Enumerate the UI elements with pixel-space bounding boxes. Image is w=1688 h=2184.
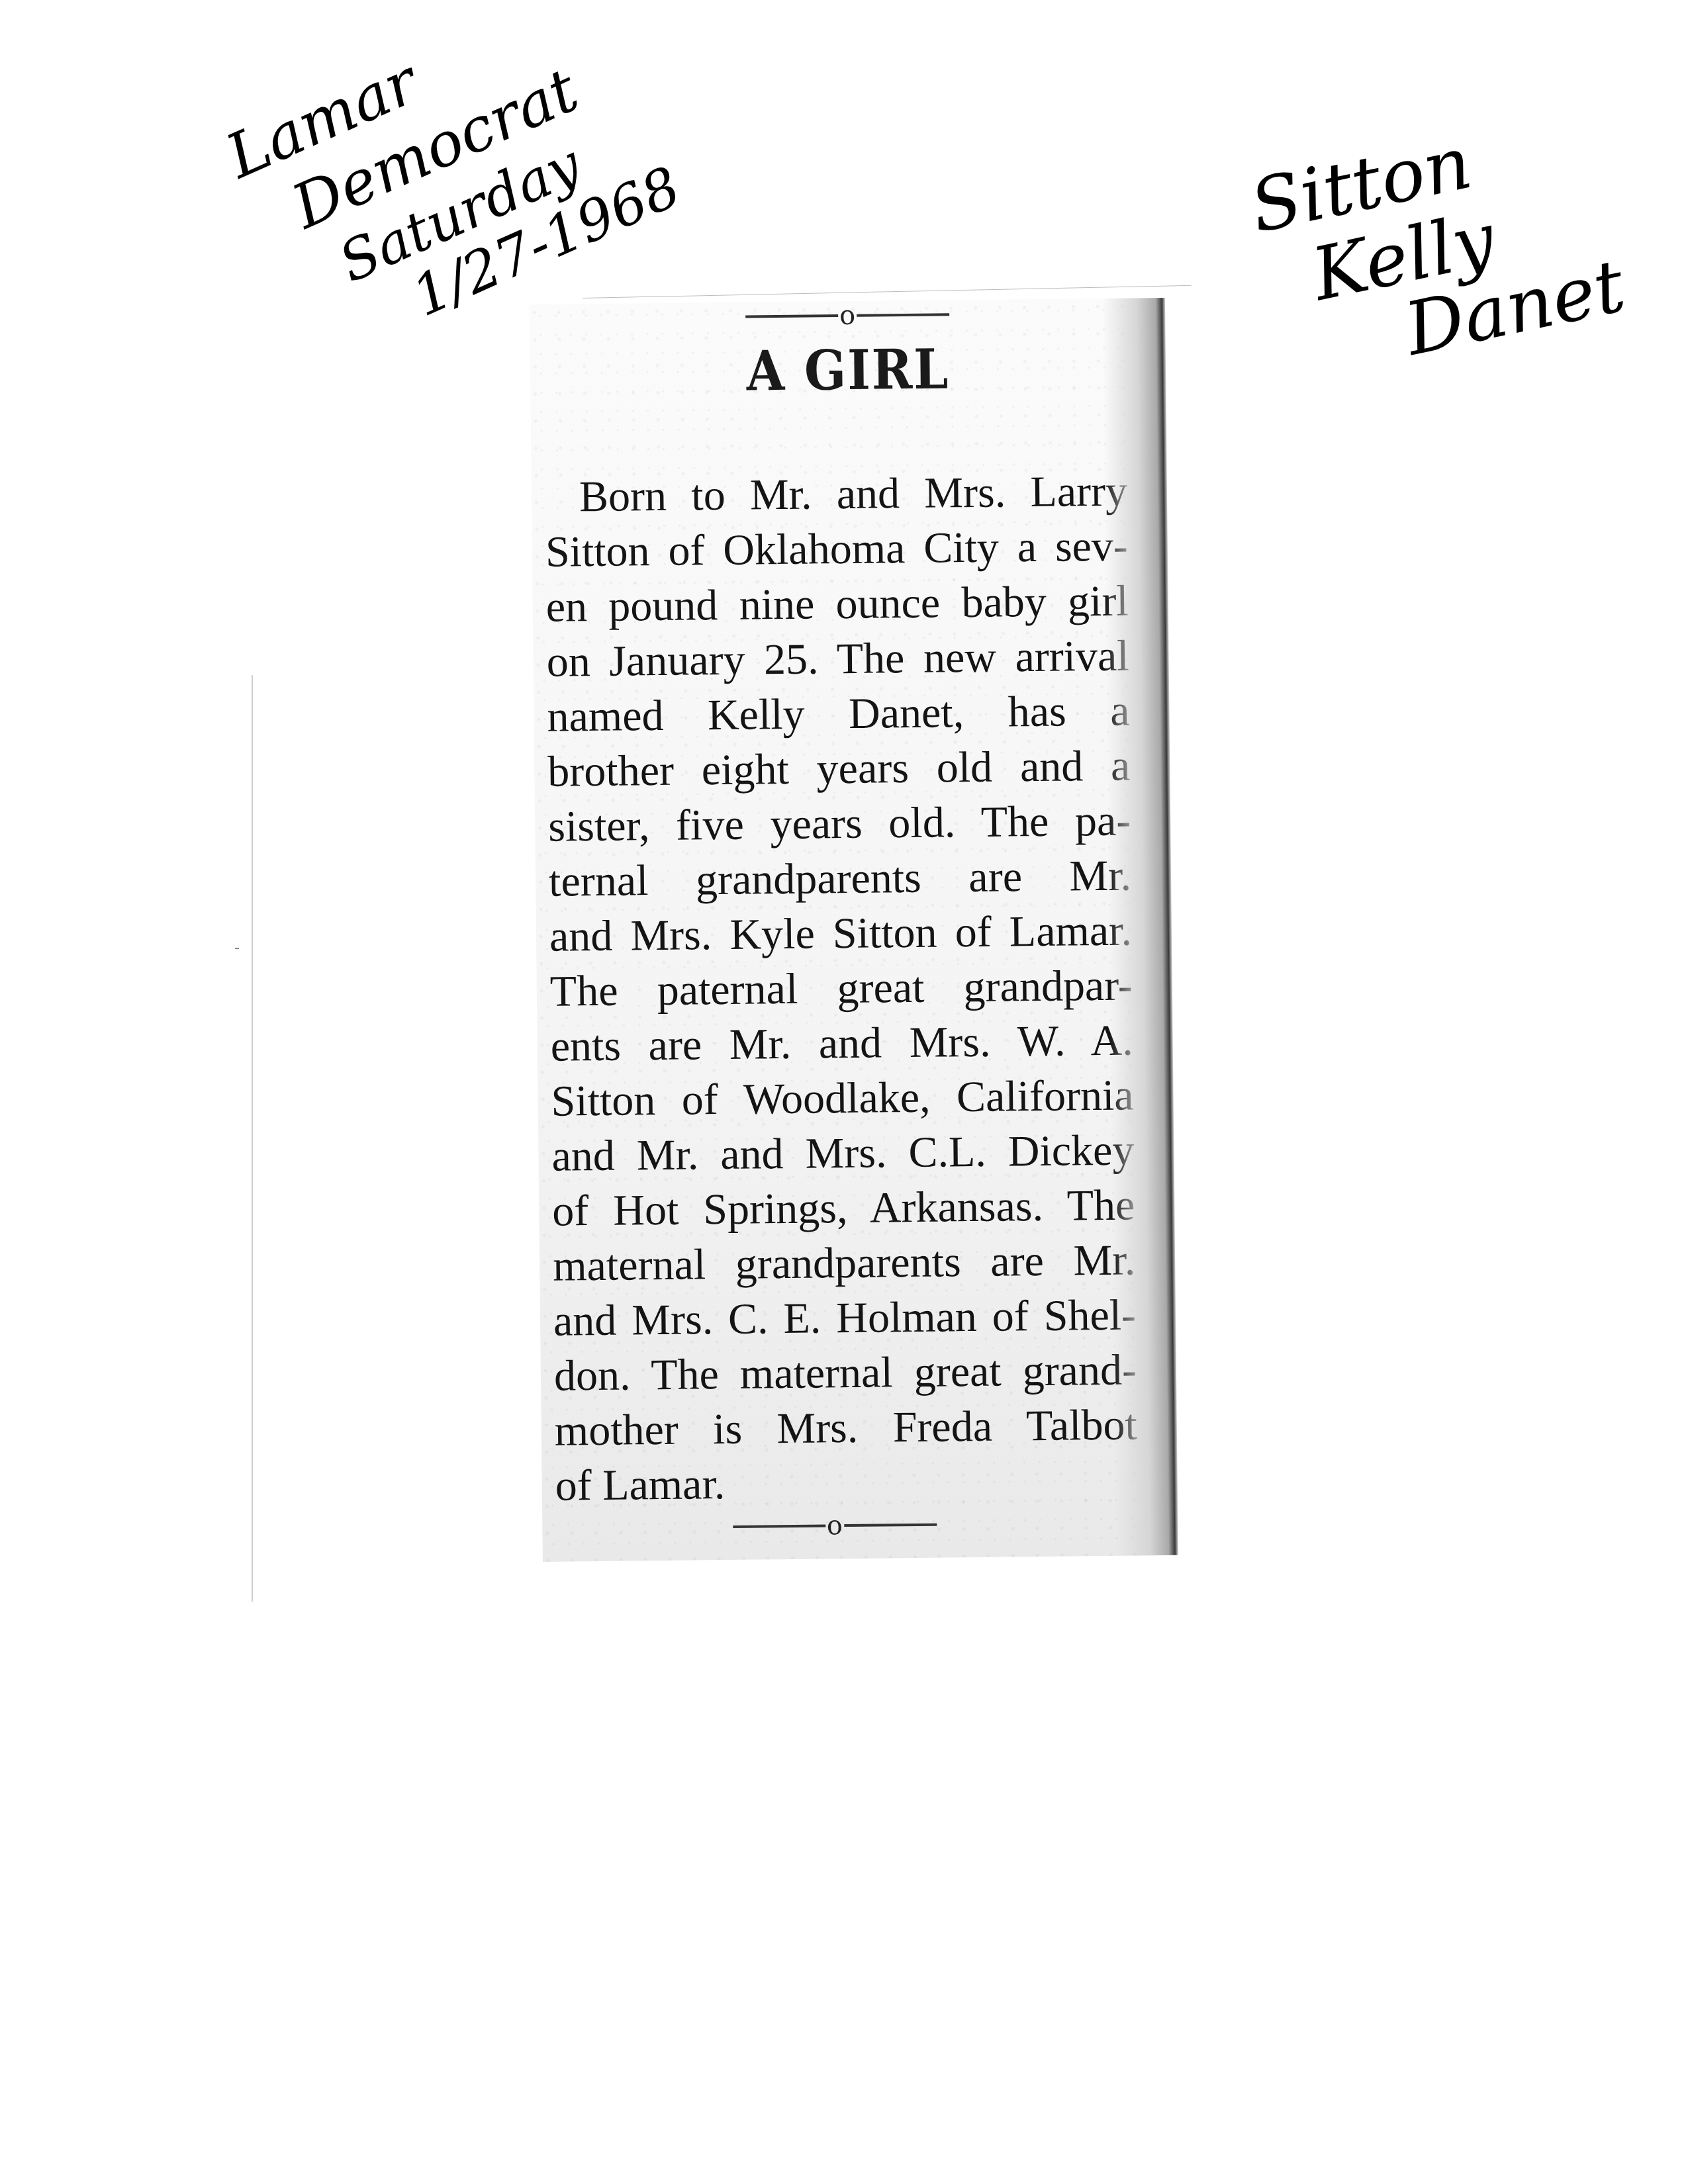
clipping-text-line: mother is Mrs. Freda Talbot (554, 1397, 1137, 1458)
rule-ornament: o (839, 302, 856, 329)
clipping-text-line: en pound nine ounce baby girl (545, 574, 1129, 635)
handwritten-name-note: Sitton Kelly Danet (1244, 100, 1630, 392)
clipping-text-line: and Mrs. C. E. Holman of Shel- (553, 1287, 1137, 1348)
scan-edge-top (583, 285, 1192, 298)
newspaper-clipping: o A GIRL Born to Mr. and Mrs. LarrySitto… (530, 298, 1178, 1562)
clipping-text-line: ents are Mr. and Mrs. W. A. (550, 1013, 1133, 1074)
clipping-body: Born to Mr. and Mrs. LarrySitton of Okla… (545, 464, 1138, 1514)
rule-bar (745, 314, 838, 318)
rule-ornament: o (827, 1512, 843, 1539)
clipping-text-line: sister, five years old. The pa- (548, 794, 1131, 854)
rule-bar (844, 1524, 937, 1527)
clipping-text-line: Born to Mr. and Mrs. Larry (545, 464, 1128, 525)
bottom-ornament-rule: o (733, 1512, 937, 1540)
clipping-text-line: ternal grandparents are Mr. (549, 848, 1132, 909)
clipping-text-line: and Mr. and Mrs. C.L. Dickey (551, 1123, 1135, 1184)
top-ornament-rule: o (745, 301, 949, 330)
clipping-text-line: on January 25. The new arrival (546, 629, 1129, 690)
clipping-text-line: named Kelly Danet, has a (547, 684, 1130, 745)
clipping-text-line: of Lamar. (555, 1452, 1138, 1513)
rule-bar (857, 313, 949, 316)
scan-speck (235, 948, 239, 949)
clipping-text-line: of Hot Springs, Arkansas. The (552, 1178, 1135, 1239)
clipping-text-line: don. The maternal great grand- (554, 1342, 1137, 1403)
clipping-text-line: The paternal great grandpar- (549, 958, 1133, 1019)
scan-edge-line (252, 675, 253, 1602)
clipping-text-line: maternal grandparents are Mr. (553, 1232, 1136, 1293)
clipping-text-line: Sitton of Oklahoma City a sev- (545, 519, 1128, 580)
clipping-text-line: Sitton of Woodlake, California (551, 1068, 1134, 1129)
clipping-fold-shadow (1102, 298, 1178, 1556)
clipping-text-line: brother eight years old and a (547, 739, 1131, 799)
clipping-text-line: and Mrs. Kyle Sitton of Lamar. (549, 903, 1133, 964)
clipping-headline: A GIRL (530, 336, 1166, 406)
rule-bar (733, 1524, 825, 1527)
